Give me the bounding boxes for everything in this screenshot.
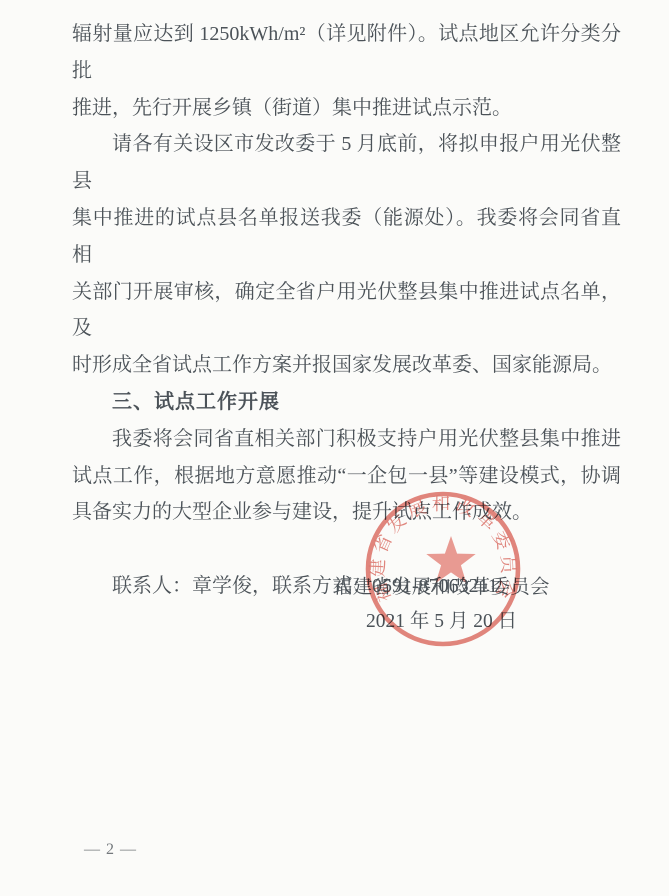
document-page: 辐射量应达到 1250kWh/m²（详见附件）。试点地区允许分类分批推进，先行开… bbox=[0, 0, 669, 896]
signature-date: 2021 年 5 月 20 日 bbox=[366, 605, 517, 633]
body-line bbox=[72, 531, 621, 568]
body-line: 三、试点工作开展 bbox=[72, 384, 621, 421]
body-line: 推进，先行开展乡镇（街道）集中推进试点示范。 bbox=[72, 90, 621, 127]
body-line: 集中推进的试点县名单报送我委（能源处）。我委将会同省直相 bbox=[72, 200, 621, 274]
body-line: 具备实力的大型企业参与建设，提升试点工作成效。 bbox=[72, 494, 621, 531]
body-line: 试点工作，根据地方意愿推动“一企包一县”等建设模式，协调 bbox=[72, 458, 621, 495]
body-line: 我委将会同省直相关部门积极支持户用光伏整县集中推进 bbox=[72, 421, 621, 458]
body-line: 时形成全省试点工作方案并报国家发展改革委、国家能源局。 bbox=[72, 347, 621, 384]
body-line: 辐射量应达到 1250kWh/m²（详见附件）。试点地区允许分类分批 bbox=[72, 16, 621, 90]
body-line: 关部门开展审核，确定全省户用光伏整县集中推进试点名单，及 bbox=[72, 274, 621, 348]
page-number: — 2 — bbox=[84, 841, 137, 859]
signature-organization: 福建省发展和改革委员会 bbox=[333, 571, 550, 599]
body-line: 请各有关设区市发改委于 5 月底前，将拟申报户用光伏整县 bbox=[72, 126, 621, 200]
document-body: 辐射量应达到 1250kWh/m²（详见附件）。试点地区允许分类分批推进，先行开… bbox=[72, 16, 621, 605]
